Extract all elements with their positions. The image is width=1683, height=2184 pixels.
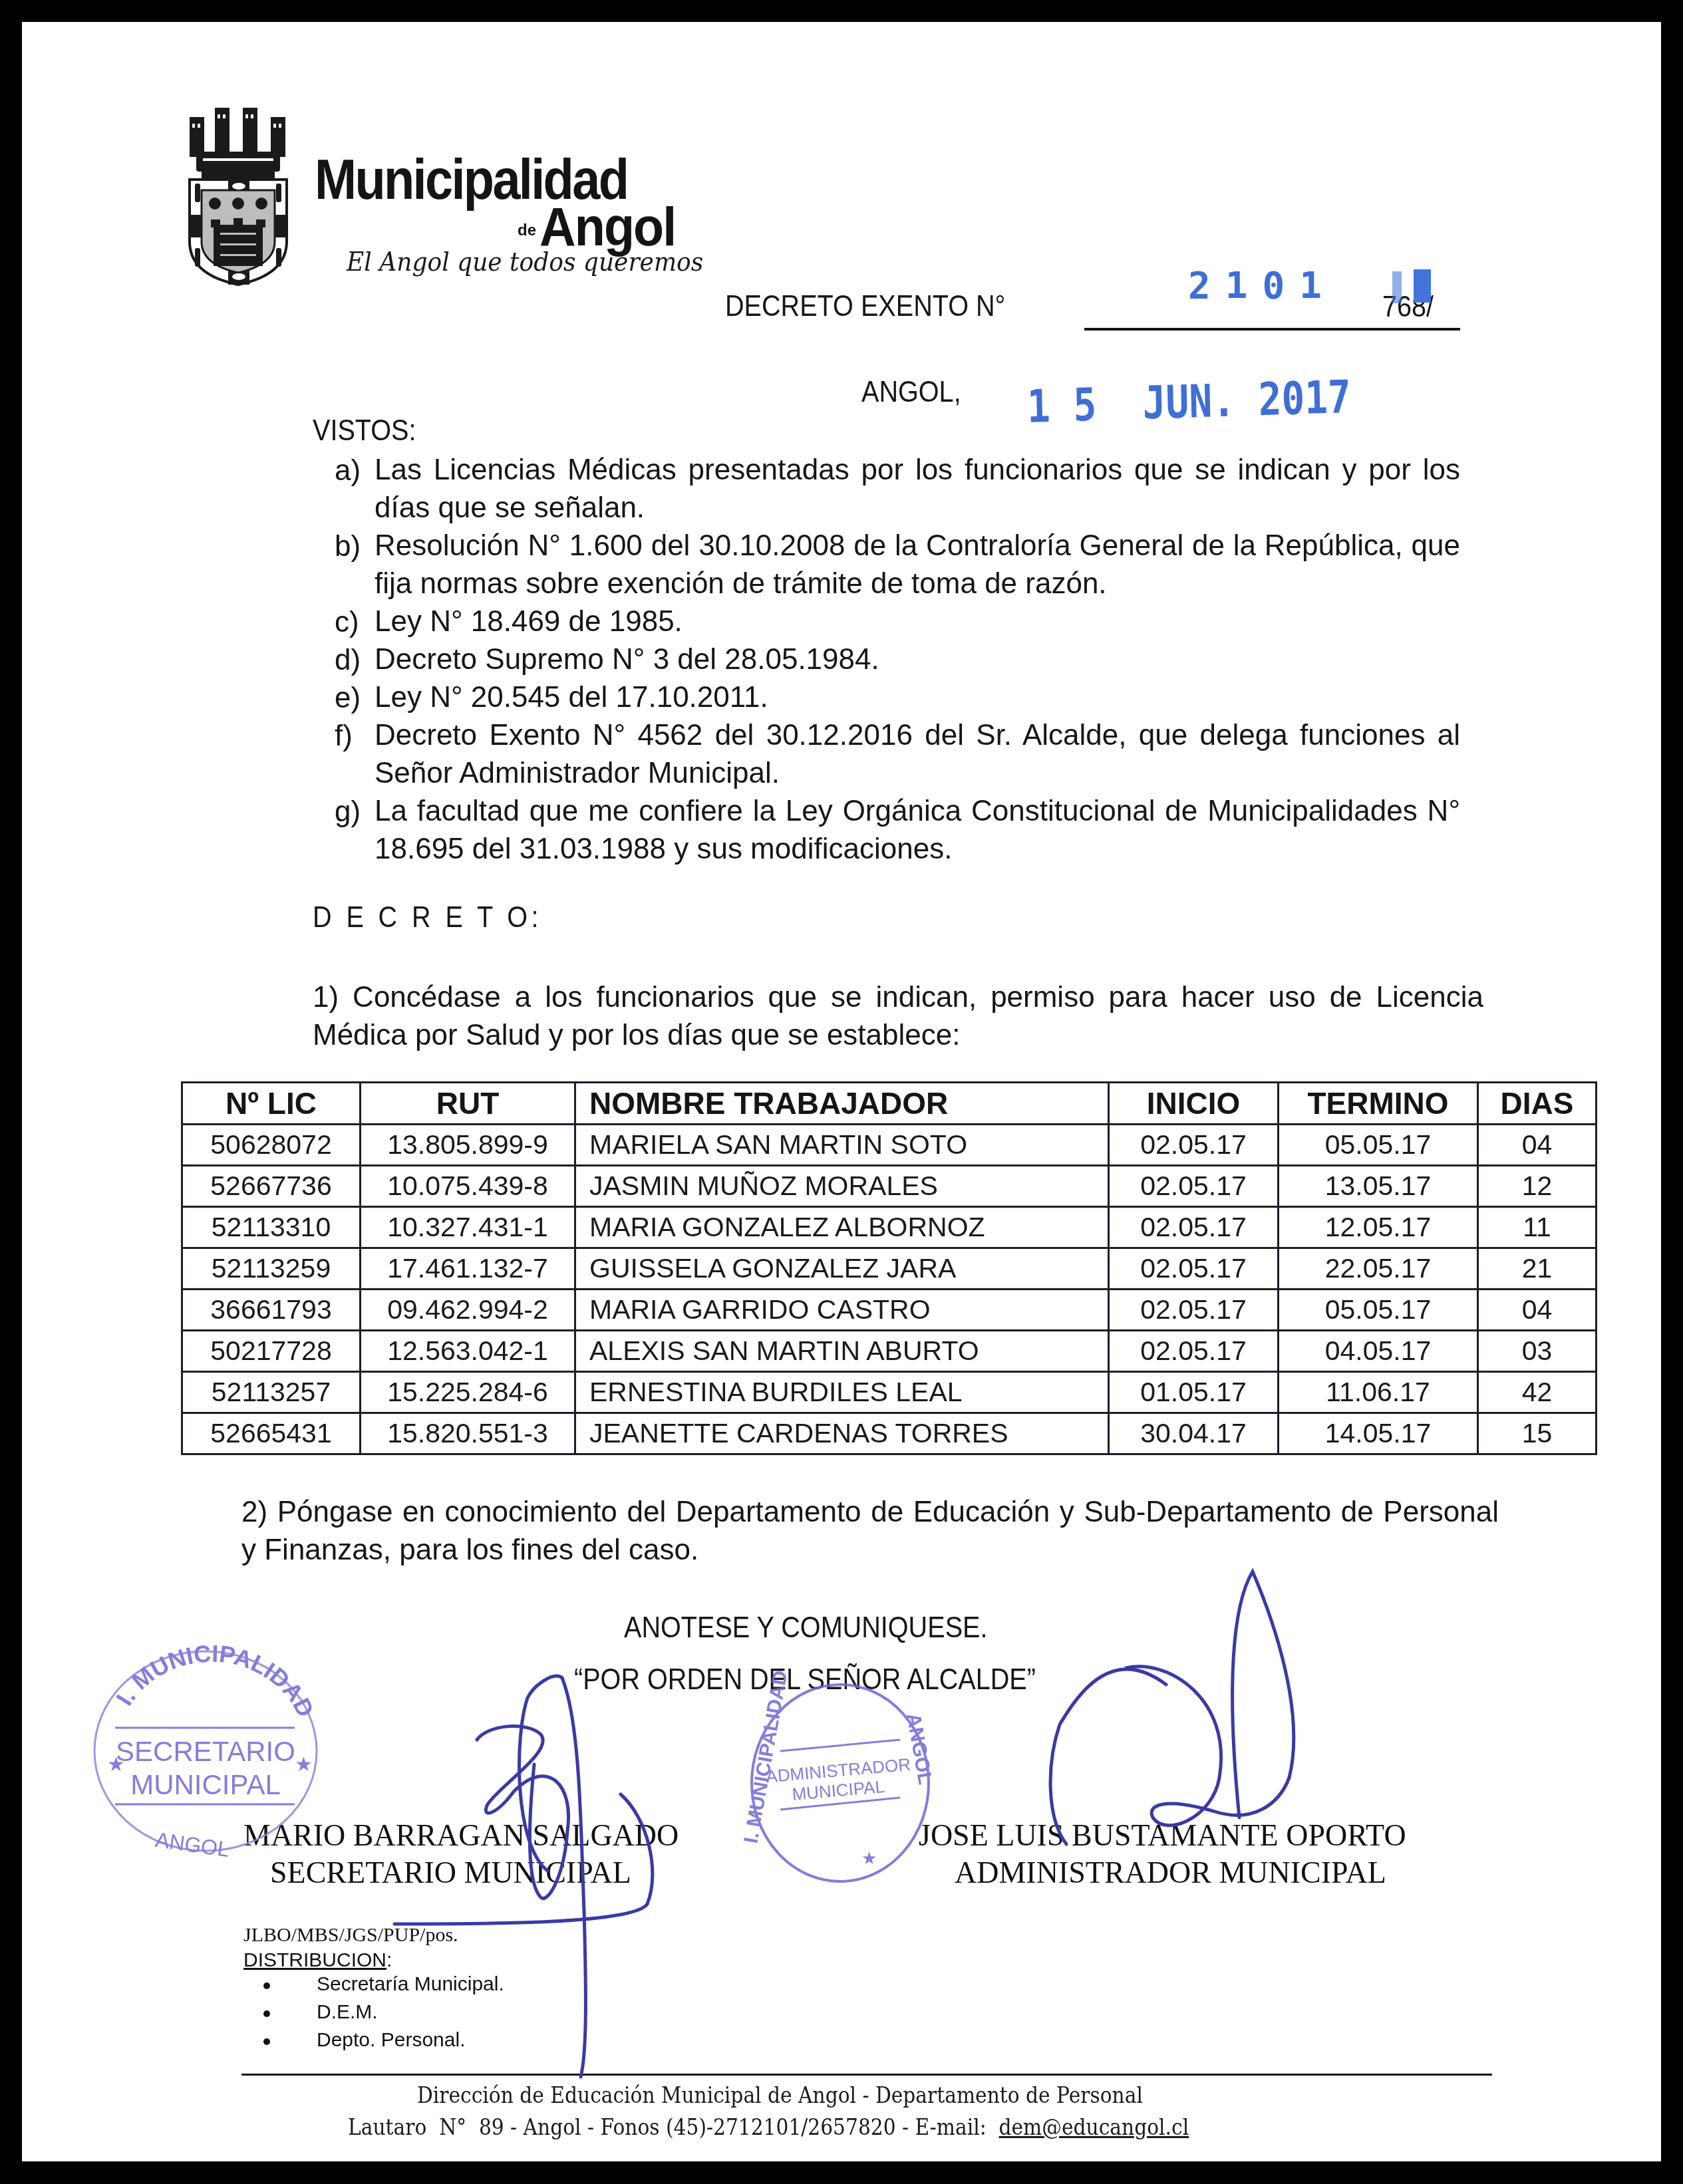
svg-text:I. MUNICIPALIDAD: I. MUNICIPALIDAD [740, 1669, 792, 1845]
document-page: Municipalidad de Angol El Angol que todo… [22, 22, 1661, 2161]
svg-text:ANGOL: ANGOL [902, 1711, 936, 1786]
svg-text:ANGOL: ANGOL [154, 1828, 231, 1861]
seals-and-signatures: I. MUNICIPALIDAD SECRETARIO MUNICIPAL ★ … [22, 22, 1661, 2161]
seal-secretario-municipal: I. MUNICIPALIDAD SECRETARIO MUNICIPAL ★ … [94, 1639, 319, 1861]
svg-text:MUNICIPAL: MUNICIPAL [130, 1769, 281, 1800]
svg-text:I. MUNICIPALIDAD: I. MUNICIPALIDAD [110, 1639, 319, 1721]
seal-administrador-municipal: ADMINISTRADOR MUNICIPAL I. MUNICIPALIDAD… [740, 1669, 936, 1881]
svg-text:★: ★ [295, 1754, 313, 1776]
svg-text:★: ★ [107, 1754, 125, 1776]
signature-right [1050, 1571, 1294, 1844]
signature-left [394, 1676, 653, 2077]
svg-text:SECRETARIO: SECRETARIO [116, 1736, 295, 1767]
svg-text:★: ★ [861, 1848, 877, 1868]
